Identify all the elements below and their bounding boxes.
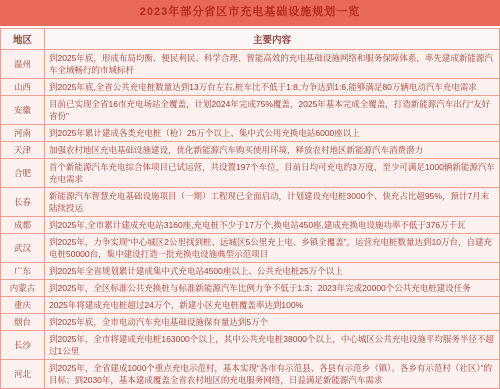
table-row: 长沙 到2025年，全市将建成充电桩163000个以上，其中公共充电桩38000…: [1, 331, 500, 360]
region-cell: 河北: [1, 360, 45, 389]
content-cell: 目前已实现全省16市充电场站全覆盖，计划2024年完成75%覆盖，2025年基本…: [45, 96, 500, 125]
charging-plan-table: 地区 主要内容 温州 到2025年底，形成布局均衡、便民利民、科学合理、智能高效…: [0, 28, 500, 389]
table-row: 天津 加强农村地区充电基础设施建设，优化新能源汽车购买使用环境，释放农村地区新能…: [1, 142, 500, 159]
region-cell: 重庆: [1, 297, 45, 314]
content-cell: 到2025年累计建成各类充电桩（枪）25万个以上、集中式公用充换电站6000座以…: [45, 125, 500, 142]
region-cell: 长春: [1, 188, 45, 217]
content-cell: 到2025年，全市将建成充电桩163000个以上，其中公共充电桩38000个以上…: [45, 331, 500, 360]
table-row: 烟台 到2025年底，全市电动汽车充电基础设施保有量达到5万个: [1, 314, 500, 331]
region-cell: 内蒙古: [1, 280, 45, 297]
content-cell: 新能源汽车智慧充电基础设施项目（一期）工程现已全面启动，计划建设充电桩3000个…: [45, 188, 500, 217]
content-cell: 到2025年，力争实现“中心城区2公里找到桩、远城区5公里充上电、乡镇全覆盖”，…: [45, 234, 500, 263]
table-row: 河南 到2025年累计建成各类充电桩（枪）25万个以上、集中式公用充换电站600…: [1, 125, 500, 142]
content-cell: 到2025年底，全市电动汽车充电基础设施保有量达到5万个: [45, 314, 500, 331]
table-row: 安徽 目前已实现全省16市充电场站全覆盖，计划2024年完成75%覆盖，2025…: [1, 96, 500, 125]
content-cell: 到2025年底,全省公共充电桩数量达到13万台左右,桩车比不低于1:8,力争达到…: [45, 79, 500, 96]
header-row: 地区 主要内容: [1, 29, 500, 50]
table-row: 温州 到2025年底，形成布局均衡、便民利民、科学合理、智能高效的充电基础设施网…: [1, 50, 500, 79]
content-cell: 首个新能源汽车充电综合体项目已试运营，共设置197个车位，目前日均可充电约3万度…: [45, 159, 500, 188]
content-cell: 到2025年，全省建成1000个重点充电示范村，基本实现“各市有示范县、各县有示…: [45, 360, 500, 389]
region-cell: 合肥: [1, 159, 45, 188]
region-cell: 河南: [1, 125, 45, 142]
region-cell: 广东: [1, 263, 45, 280]
table-row: 长春 新能源汽车智慧充电基础设施项目（一期）工程现已全面启动，计划建设充电桩30…: [1, 188, 500, 217]
content-cell: 到2025年全省规划累计建成集中式充电站4500座以上、公共充电桩25万个以上: [45, 263, 500, 280]
table-row: 内蒙古 到2025年，全区标准公共充换桩与标准新能源汽车比例力争不低于1:3；2…: [1, 280, 500, 297]
content-cell: 到2025年,全市累计建成充电站3160座,充电桩不少于17万个,换电站450座…: [45, 217, 500, 234]
region-cell: 成都: [1, 217, 45, 234]
table-row: 成都 到2025年,全市累计建成充电站3160座,充电桩不少于17万个,换电站4…: [1, 217, 500, 234]
region-cell: 武汉: [1, 234, 45, 263]
table-row: 重庆 2025年将建成充电桩超过24万个，新建小区充电桩覆盖率达到100%: [1, 297, 500, 314]
content-cell: 2025年将建成充电桩超过24万个，新建小区充电桩覆盖率达到100%: [45, 297, 500, 314]
infographic-table: 2023年部分省区市充电基础设施规划一览 地区 主要内容 温州 到2025年底，…: [0, 0, 500, 389]
table-row: 河北 到2025年，全省建成1000个重点充电示范村，基本实现“各市有示范县、各…: [1, 360, 500, 389]
content-cell: 到2025年，全区标准公共充换桩与标准新能源汽车比例力争不低于1:3；2023年…: [45, 280, 500, 297]
table-row: 武汉 到2025年，力争实现“中心城区2公里找到桩、远城区5公里充上电、乡镇全覆…: [1, 234, 500, 263]
region-cell: 天津: [1, 142, 45, 159]
page-title: 2023年部分省区市充电基础设施规划一览: [0, 0, 500, 26]
column-header-content: 主要内容: [45, 29, 500, 50]
column-header-region: 地区: [1, 29, 45, 50]
region-cell: 烟台: [1, 314, 45, 331]
region-cell: 温州: [1, 50, 45, 79]
table-row: 广东 到2025年全省规划累计建成集中式充电站4500座以上、公共充电桩25万个…: [1, 263, 500, 280]
region-cell: 长沙: [1, 331, 45, 360]
table-row: 山西 到2025年底,全省公共充电桩数量达到13万台左右,桩车比不低于1:8,力…: [1, 79, 500, 96]
content-cell: 加强农村地区充电基础设施建设，优化新能源汽车购买使用环境，释放农村地区新能源汽车…: [45, 142, 500, 159]
content-cell: 到2025年底，形成布局均衡、便民利民、科学合理、智能高效的充电基础设施网络和服…: [45, 50, 500, 79]
region-cell: 安徽: [1, 96, 45, 125]
table-row: 合肥 首个新能源汽车充电综合体项目已试运营，共设置197个车位，目前日均可充电约…: [1, 159, 500, 188]
region-cell: 山西: [1, 79, 45, 96]
